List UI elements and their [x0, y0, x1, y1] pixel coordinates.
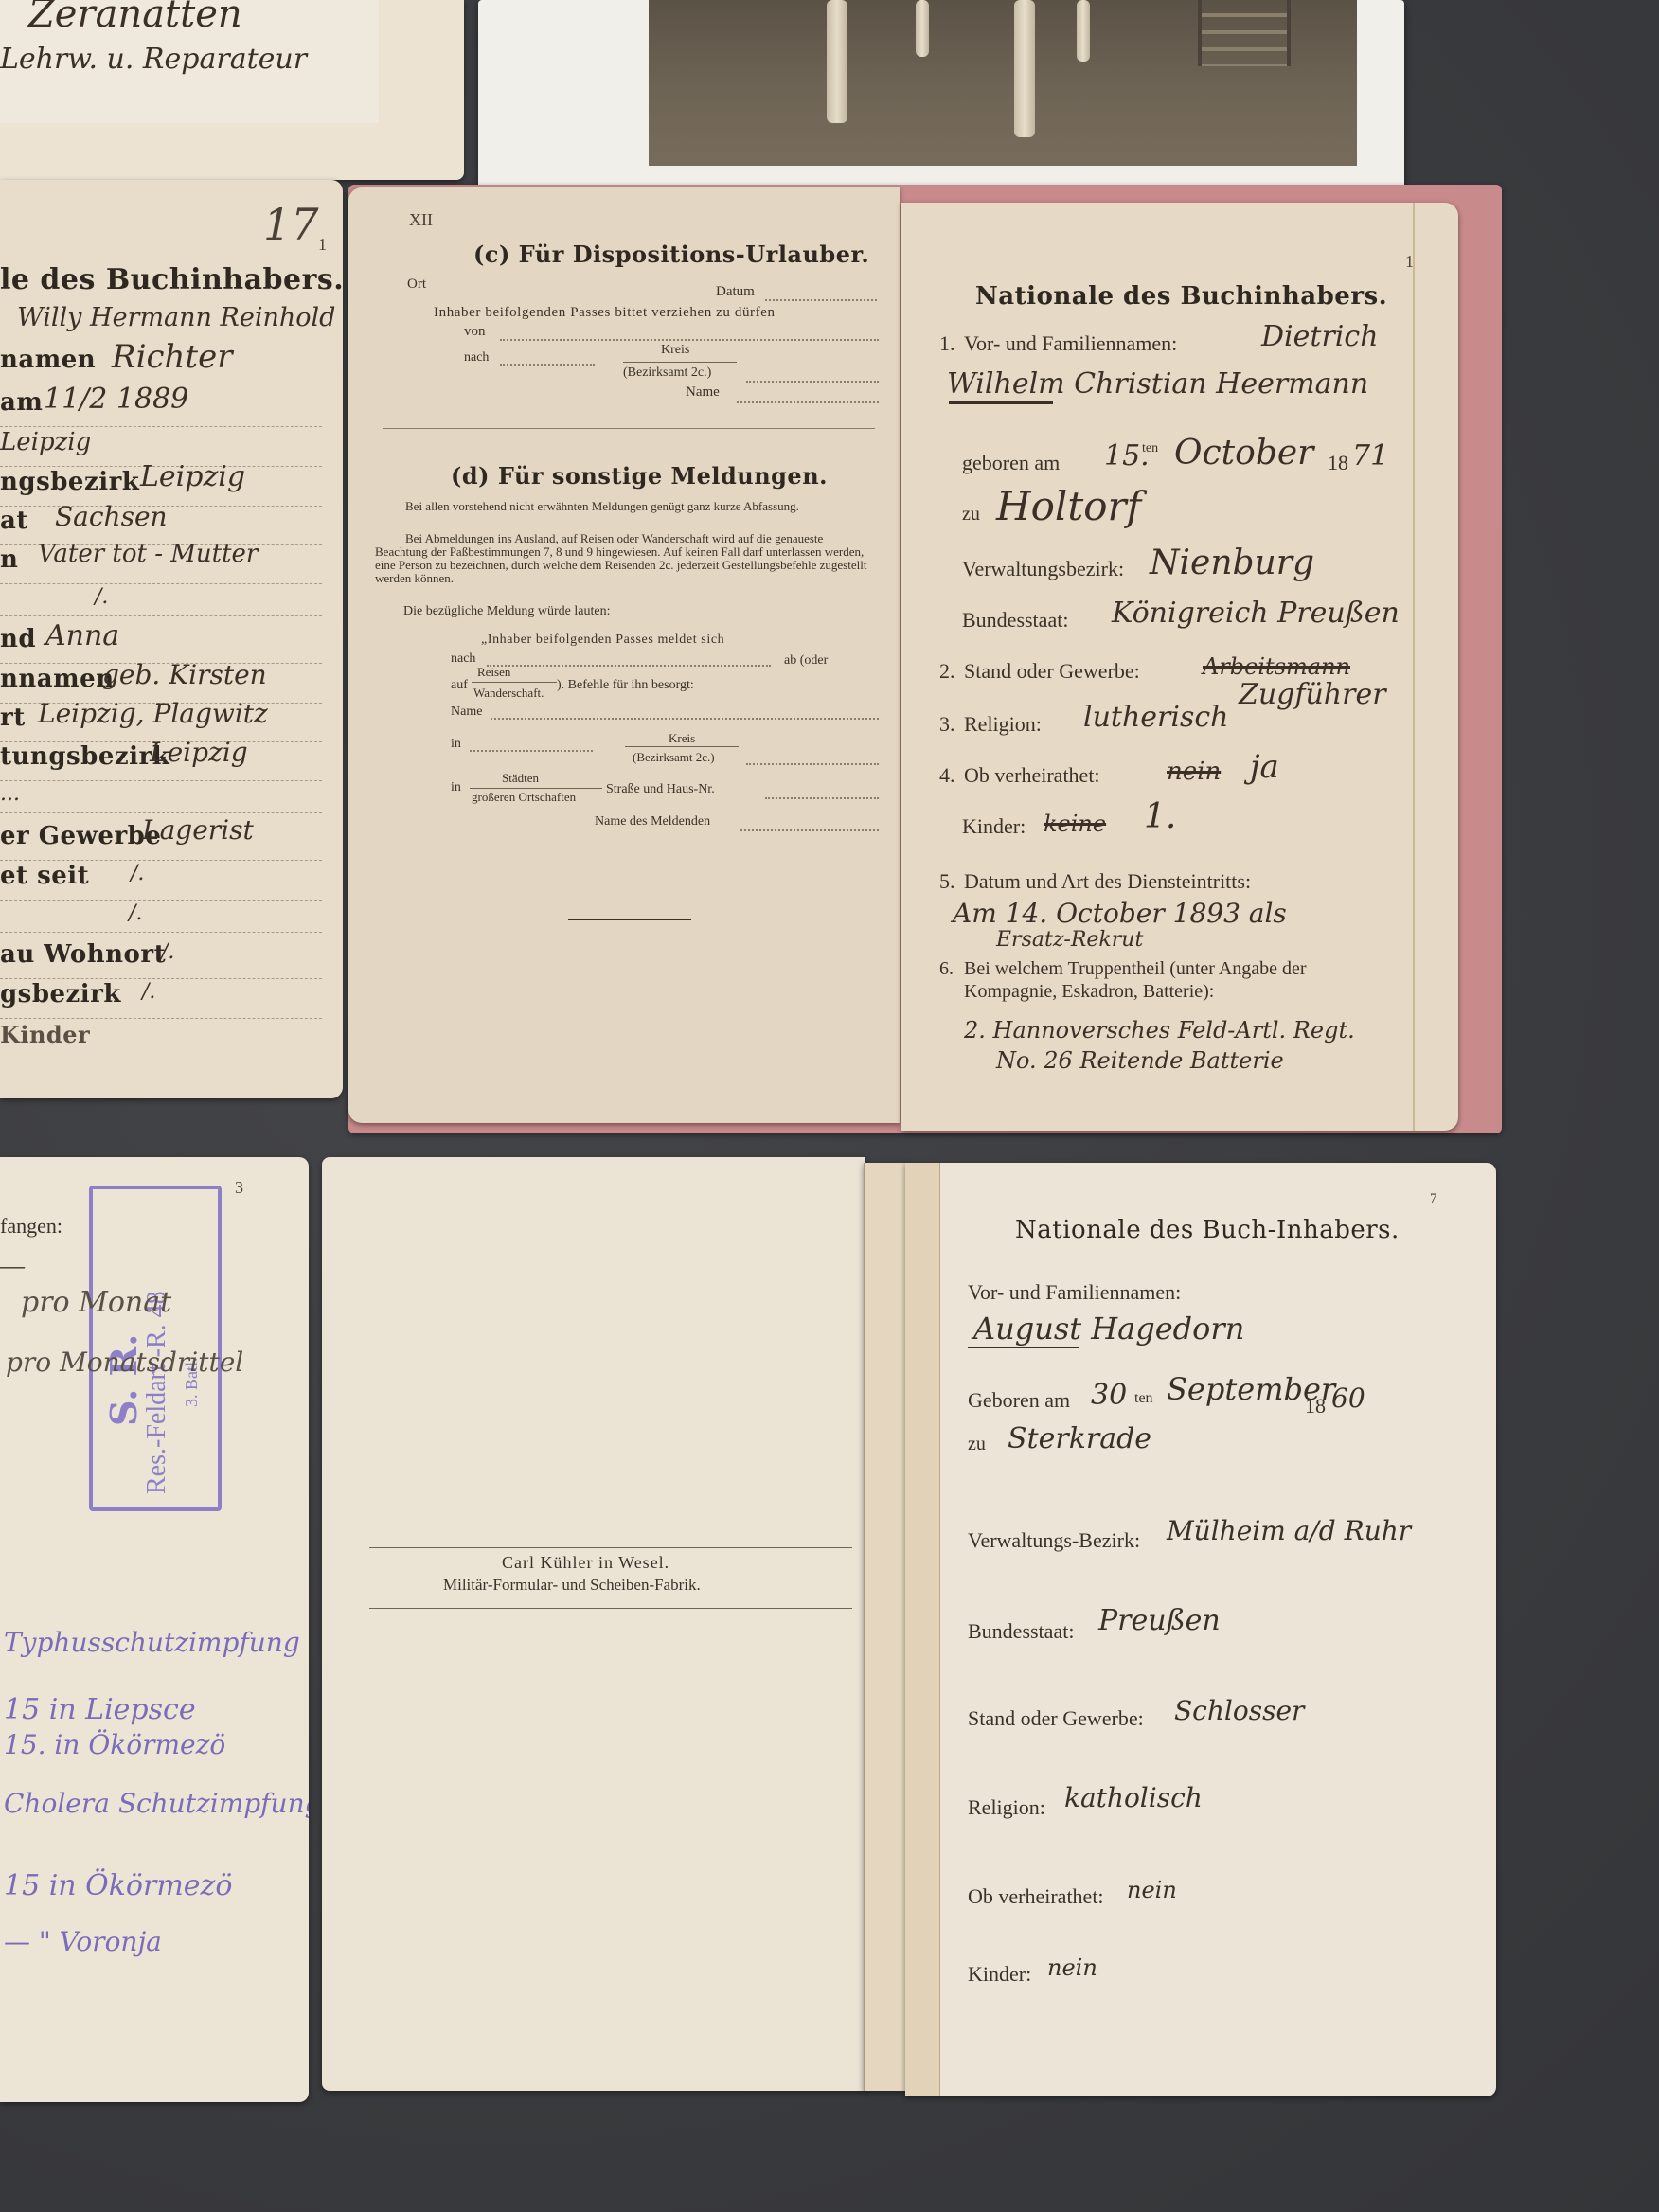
birth-day: 30: [1091, 1379, 1127, 1412]
top-left-card: Zeranatten Lehrw. u. Reparateur: [0, 0, 464, 180]
meldung-kreis: Kreis: [669, 731, 695, 746]
field-row: am 11/2 1889: [0, 388, 322, 427]
field-value: Preußen: [1098, 1604, 1221, 1637]
nach-dotted-line: [500, 364, 595, 366]
field-label: Ob verheirathet:: [968, 1884, 1104, 1909]
section-d-para1: Bei allen vorstehend nicht erwähnten Mel…: [375, 500, 867, 513]
meldung-in2: in: [451, 780, 461, 795]
field-label: au Wohnort: [0, 940, 166, 969]
field-label: am: [0, 388, 43, 417]
field-value: nein: [1047, 1954, 1097, 1981]
field-value: Schlosser: [1174, 1695, 1304, 1726]
field-value: Dietrich: [1261, 320, 1379, 353]
page-heading: le des Buchinhabers.: [0, 263, 343, 296]
meldung-strasse-dotted: [765, 797, 879, 799]
field-value-struck: keine: [1044, 811, 1106, 837]
field-value: Sachsen: [55, 501, 168, 532]
printer-line1: Carl Kühler in Wesel.: [502, 1553, 669, 1573]
field-label: gsbezirk: [0, 980, 121, 1008]
field-label: Verwaltungsbezirk:: [962, 557, 1124, 581]
page-number: 7: [1430, 1191, 1437, 1207]
section-c-title: (c) Für Dispositions-Urlauber.: [473, 241, 869, 268]
field-label: tungsbezirk: [0, 742, 169, 771]
field-value: Leipzig: [0, 428, 91, 456]
field-value: Richter: [112, 338, 232, 376]
meldung-nach-dotted: [487, 665, 771, 667]
meldung-auf: auf: [451, 678, 468, 693]
field-value: Zugführer: [1239, 678, 1386, 711]
birth-year-printed: 18: [1328, 451, 1348, 475]
kreis-fraction-rule-d: [625, 746, 739, 747]
field-row: nd Anna: [0, 625, 322, 664]
field-label: Bei welchem Truppentheil (unter Angabe d…: [964, 958, 1307, 980]
stamp-line1: Res.-Feldart.-R. 48: [142, 1291, 172, 1494]
page-number: 3: [235, 1178, 243, 1198]
page-fold-edge: [1413, 203, 1415, 1131]
meldung-nach: nach: [451, 651, 475, 667]
field-value: 1.: [1144, 797, 1176, 836]
field-label: Kinder:: [968, 1962, 1031, 1987]
field-number: 5.: [939, 869, 955, 894]
page-heading: Nationale des Buch-Inhabers.: [1015, 1216, 1400, 1244]
field-label: zu: [968, 1434, 986, 1455]
meldung-ortschaften: größeren Ortschaften: [472, 790, 576, 805]
field-row: Willy Hermann Reinhold: [0, 303, 322, 341]
meldung-reisen: Reisen: [477, 665, 510, 680]
photo-image: [649, 0, 1357, 166]
corner-number: 17: [263, 199, 319, 250]
meldung-in1-dotted: [470, 750, 593, 752]
field-label: Religion:: [964, 712, 1042, 737]
table-leg: [1014, 0, 1035, 137]
meldung-strasse: Straße und Haus-Nr.: [606, 782, 715, 797]
vaccination-line: Cholera Schutzimpfung: [4, 1788, 309, 1819]
field-value: nein: [1127, 1877, 1177, 1903]
field-label: geboren am: [962, 451, 1060, 475]
meldung-quote: „Inhaber beifolgenden Passes meldet sich: [481, 633, 724, 648]
birth-year-handwritten: 60: [1331, 1382, 1365, 1414]
chair-back: [1198, 0, 1291, 66]
field-value: ...: [0, 782, 20, 806]
field-value: /.: [161, 940, 174, 964]
field-label: Religion:: [968, 1795, 1045, 1820]
field-row: n Vater tot - Mutter: [0, 545, 322, 584]
name-label: Name: [686, 384, 720, 401]
field-row: gsbezirk /.: [0, 980, 322, 1019]
field-value: Mülheim a/d Ruhr: [1167, 1515, 1411, 1546]
von-label: von: [464, 324, 486, 340]
field-value: ja: [1250, 748, 1279, 786]
field-value: Anna: [45, 619, 119, 652]
meldung-in1: in: [451, 737, 461, 752]
field-value-struck: nein: [1167, 758, 1221, 786]
birth-year-printed: 18: [1305, 1394, 1326, 1418]
field-number: 3.: [939, 712, 955, 737]
passbook-page-1-right: 1 Nationale des Buchinhabers. 1. Vor- un…: [901, 203, 1458, 1131]
field-number: 1.: [939, 331, 955, 356]
nach-label: nach: [464, 350, 489, 366]
field-value: 2. Hannoversches Feld-Artl. Regt.: [964, 1017, 1355, 1044]
birth-month: October: [1174, 434, 1313, 473]
field-value: geb. Kirsten: [102, 659, 267, 690]
meldung-staedten: Städten: [502, 771, 539, 786]
field-label-line2: Kompagnie, Eskadron, Batterie):: [964, 981, 1214, 1003]
field-label: nnamen: [0, 665, 115, 693]
rufname-underline: [949, 401, 1053, 404]
meldung-befehle: ). Befehle für ihn besorgt:: [557, 678, 694, 693]
name-dotted-line: [737, 401, 879, 403]
field-label: Ob verheirathet:: [964, 763, 1100, 788]
reisen-fraction-rule: [472, 682, 557, 683]
field-value: August Hagedorn: [973, 1311, 1244, 1347]
vaccination-line: Typhusschutzimpfung: [4, 1627, 300, 1658]
field-value-line2: Ersatz-Rekrut: [996, 928, 1143, 952]
passbook-left-top: 17 1 le des Buchinhabers. Willy Hermann …: [0, 180, 343, 1098]
meldung-bezirksamt-dotted: [746, 763, 879, 765]
field-row: namen Richter: [0, 346, 322, 384]
meldung-name-meldenden: Name des Meldenden: [595, 814, 710, 829]
field-value: Willy Hermann Reinhold: [17, 303, 335, 332]
printer-rule-bottom: [369, 1608, 852, 1609]
field-number: 4.: [939, 763, 955, 788]
bezirksamt-label: (Bezirksamt 2c.): [623, 366, 711, 381]
field-value: /.: [95, 585, 108, 609]
field-row: au Wohnort /.: [0, 940, 322, 979]
meldung-name: Name: [451, 705, 482, 720]
table-leg: [916, 0, 929, 57]
printer-rule-top: [369, 1547, 852, 1548]
field-label: Vor- und Familiennamen:: [964, 331, 1177, 356]
vaccination-line: — " Voronja: [4, 1926, 162, 1957]
binding-strip: [905, 1163, 940, 2096]
field-row: /.: [0, 585, 322, 616]
field-value: Leipzig, Plagwitz: [38, 698, 268, 729]
field-label: Bundesstaat:: [962, 608, 1068, 633]
page-heading: Nationale des Buchinhabers.: [975, 282, 1387, 311]
section-d-title: (d) Für sonstige Meldungen.: [451, 462, 828, 490]
bezirksamt-dotted-line: [746, 381, 879, 383]
dash: —: [0, 1252, 25, 1280]
section-d-para2: Bei Abmeldungen ins Ausland, auf Reisen …: [375, 532, 867, 585]
section-divider: [383, 428, 875, 429]
field-row: er Gewerbe Lagerist: [0, 822, 322, 861]
field-value: Nienburg: [1150, 544, 1314, 582]
pay-handwriting-2: pro Monatsdrittel: [6, 1347, 243, 1378]
table-leg: [827, 0, 847, 123]
table-leg: [1077, 0, 1090, 62]
kreis-fraction-rule: [623, 362, 737, 363]
section-c-line1: Inhaber beifolgenden Passes bittet verzi…: [434, 305, 776, 321]
section-d-para3: Die bezügliche Meldung würde lauten:: [403, 604, 610, 619]
field-label: namen: [0, 346, 96, 374]
closing-rule: [568, 919, 691, 920]
meldung-bezirksamt: (Bezirksamt 2c.): [633, 750, 715, 765]
passbook-page-7: 7 Nationale des Buch-Inhabers. Vor- und …: [905, 1163, 1496, 2096]
field-value: Leipzig: [140, 460, 245, 493]
passbook-spine-strip: [864, 1163, 908, 2091]
sepia-photo-print: [478, 0, 1404, 201]
field-value: Leipzig: [150, 737, 248, 768]
meldung-name-dotted: [491, 718, 879, 720]
staedten-fraction-rule: [470, 788, 602, 789]
field-label: at: [0, 507, 28, 535]
page-number: XII: [409, 210, 433, 230]
field-value: Vater tot - Mutter: [38, 540, 258, 568]
meldung-ab-oder: ab (oder: [784, 653, 828, 669]
field-label: fangen:: [0, 1214, 62, 1239]
field-row: tungsbezirk Leipzig: [0, 742, 322, 781]
datum-dotted-line: [765, 299, 877, 301]
field-number: 2.: [939, 659, 955, 684]
rufname-underline: [968, 1347, 1079, 1348]
field-value-struck: Arbeitsmann: [1203, 653, 1350, 680]
meldung-wanderschaft: Wanderschaft.: [473, 686, 544, 701]
field-label: Datum und Art des Diensteintritts:: [964, 869, 1251, 894]
page-number: 1: [318, 235, 327, 255]
field-value: lutherisch: [1083, 701, 1229, 734]
printer-line2: Militär-Formular- und Scheiben-Fabrik.: [443, 1576, 701, 1595]
passbook-page-xii: XII (c) Für Dispositions-Urlauber. Ort D…: [348, 187, 900, 1123]
card-handwriting-line2: Lehrw. u. Reparateur: [0, 43, 307, 76]
field-label: Stand oder Gewerbe:: [968, 1706, 1144, 1731]
von-dotted-line: [500, 339, 879, 341]
field-row: et seit /.: [0, 862, 322, 901]
birth-year-handwritten: 71: [1352, 439, 1388, 473]
field-value: 11/2 1889: [44, 383, 188, 416]
field-label: er Gewerbe: [0, 822, 161, 850]
birthplace: Holtorf: [996, 483, 1141, 529]
field-value: /.: [131, 862, 144, 885]
field-value: Königreich Preußen: [1112, 597, 1400, 630]
card-handwriting-line1: Zeranatten: [28, 0, 242, 36]
field-value: Am 14. October 1893 als: [953, 898, 1287, 929]
meldung-name-meldenden-dotted: [740, 829, 879, 831]
field-value: katholisch: [1064, 1782, 1203, 1813]
field-row: /.: [0, 901, 322, 933]
field-value-line2: No. 26 Reitende Batterie: [996, 1047, 1284, 1074]
kreis-label: Kreis: [661, 343, 689, 358]
field-row: Kinder: [0, 1021, 322, 1059]
field-label: zu: [962, 504, 980, 526]
field-label: rt: [0, 704, 26, 732]
page-number: 1: [1405, 252, 1414, 272]
field-label: Bundesstaat:: [968, 1619, 1074, 1644]
ort-label: Ort: [407, 276, 426, 293]
birth-day-suffix: ten: [1142, 441, 1158, 456]
vaccination-line: 15 in Liepsce: [4, 1693, 196, 1726]
vaccination-line: 15 in Ökörmezö: [4, 1869, 232, 1902]
field-label: Kinder: [0, 1021, 90, 1048]
field-value: /.: [142, 980, 155, 1004]
field-label: et seit: [0, 862, 89, 890]
field-label: Kinder:: [962, 814, 1026, 839]
field-value: Sterkrade: [1008, 1422, 1151, 1455]
vaccination-line: 15. in Ökörmezö: [4, 1729, 225, 1760]
field-number: 6.: [939, 958, 954, 980]
field-label: Verwaltungs-Bezirk:: [968, 1528, 1140, 1553]
datum-label: Datum: [716, 284, 755, 300]
field-label: nd: [0, 625, 36, 653]
pay-handwriting-1: pro Monat: [21, 1286, 171, 1319]
field-label: n: [0, 545, 18, 574]
field-row: ...: [0, 782, 322, 813]
field-label: Geboren am: [968, 1388, 1070, 1413]
field-label: Stand oder Gewerbe:: [964, 659, 1140, 684]
passbook-cover-inner-bottom: Carl Kühler in Wesel. Militär-Formular- …: [322, 1157, 865, 2091]
field-value: /.: [129, 901, 142, 925]
field-value: Lagerist: [142, 814, 254, 846]
field-label: ngsbezirk: [0, 468, 139, 496]
birth-day-suffix: ten: [1134, 1390, 1153, 1407]
passbook-left-bottom: 3 fangen: — S. R. Res.-Feldart.-R. 48 3.…: [0, 1157, 309, 2102]
field-value-line2: Wilhelm Christian Heermann: [947, 367, 1368, 401]
field-label: Vor- und Familiennamen:: [968, 1280, 1181, 1305]
